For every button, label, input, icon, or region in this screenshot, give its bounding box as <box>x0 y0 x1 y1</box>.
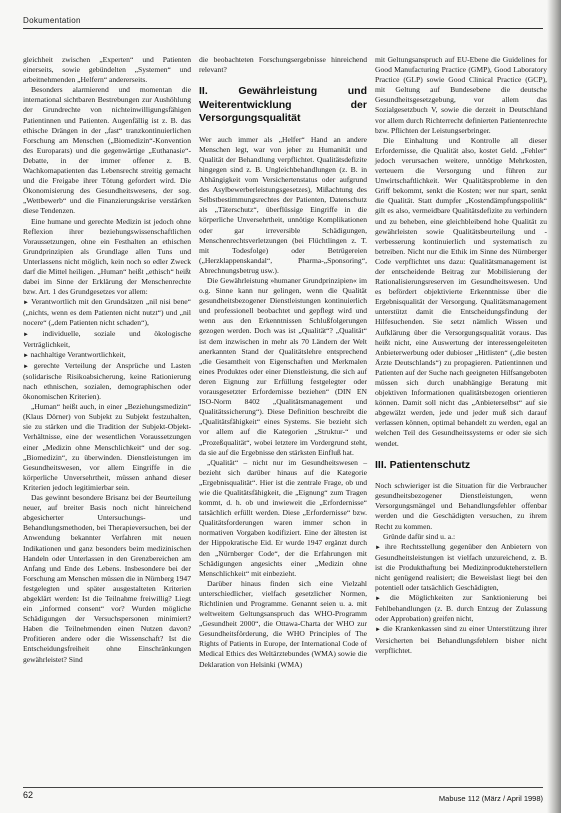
bullet-item: nachhaltige Verantwortlichkeit, <box>23 350 191 361</box>
page-number: 62 <box>23 790 33 800</box>
section-label: Dokumentation <box>23 16 85 25</box>
footer-rule <box>23 787 543 788</box>
bullet-list: Verantwortlich mit den Grundsätzen „nil … <box>23 297 191 402</box>
paragraph: Die Einhaltung und Kontrolle all dieser … <box>375 136 547 449</box>
bullet-item: die Möglichkeiten zur Sanktionierung bei… <box>375 593 547 624</box>
text-column-2: die beobachteten Forschungsergebnisse hi… <box>199 55 367 670</box>
bullet-list: ihre Rechtsstellung gegenüber den Anbiet… <box>375 542 547 656</box>
paragraph: „Human“ heißt auch, in einer „Beziehungs… <box>23 402 191 493</box>
section-heading-2: II. Gewährleistung und Weiterentwicklung… <box>199 85 367 126</box>
bullet-item: die Krankenkassen sind zu einer Unterstü… <box>375 624 547 655</box>
bullet-item: Verantwortlich mit den Grundsätzen „nil … <box>23 297 191 328</box>
paragraph: Wer auch immer als „Helfer“ Hand an ande… <box>199 135 367 276</box>
text-column-1: gleichheit zwischen „Experten“ und Patie… <box>23 55 191 665</box>
section-heading-3: III. Patientenschutz <box>375 459 547 473</box>
paragraph: die beobachteten Forschungsergebnisse hi… <box>199 55 367 75</box>
page-edge-shadow <box>547 0 561 813</box>
paragraph: gleichheit zwischen „Experten“ und Patie… <box>23 55 191 85</box>
paragraph: mit Geltungsanspruch auf EU-Ebene die Gu… <box>375 55 547 136</box>
paragraph: Gründe dafür sind u. a.: <box>375 532 547 542</box>
paragraph: Das gewinnt besondere Brisanz bei der Be… <box>23 493 191 665</box>
paragraph: Eine humane und gerechte Medizin ist jed… <box>23 217 191 298</box>
bullet-item: individuelle, soziale und ökologische Ve… <box>23 329 191 350</box>
paragraph: Darüber hinaus finden sich eine Vielzahl… <box>199 579 367 670</box>
text-column-3: mit Geltungsanspruch auf EU-Ebene die Gu… <box>375 55 547 656</box>
bullet-item: gerechte Verteilung der Ansprüche und La… <box>23 361 191 402</box>
paragraph: „Qualität“ – nicht nur im Gesundheitswes… <box>199 458 367 579</box>
paragraph: Die Gewährleistung »humaner Grundprinzip… <box>199 276 367 458</box>
paragraph: Besonders alarmierend und momentan die i… <box>23 85 191 216</box>
bullet-item: ihre Rechtsstellung gegenüber den Anbiet… <box>375 542 547 593</box>
running-header: Dokumentation <box>23 18 543 29</box>
journal-citation: Mabuse 112 (März / April 1998) <box>439 794 543 803</box>
paragraph: Noch schwieriger ist die Situation für d… <box>375 481 547 531</box>
